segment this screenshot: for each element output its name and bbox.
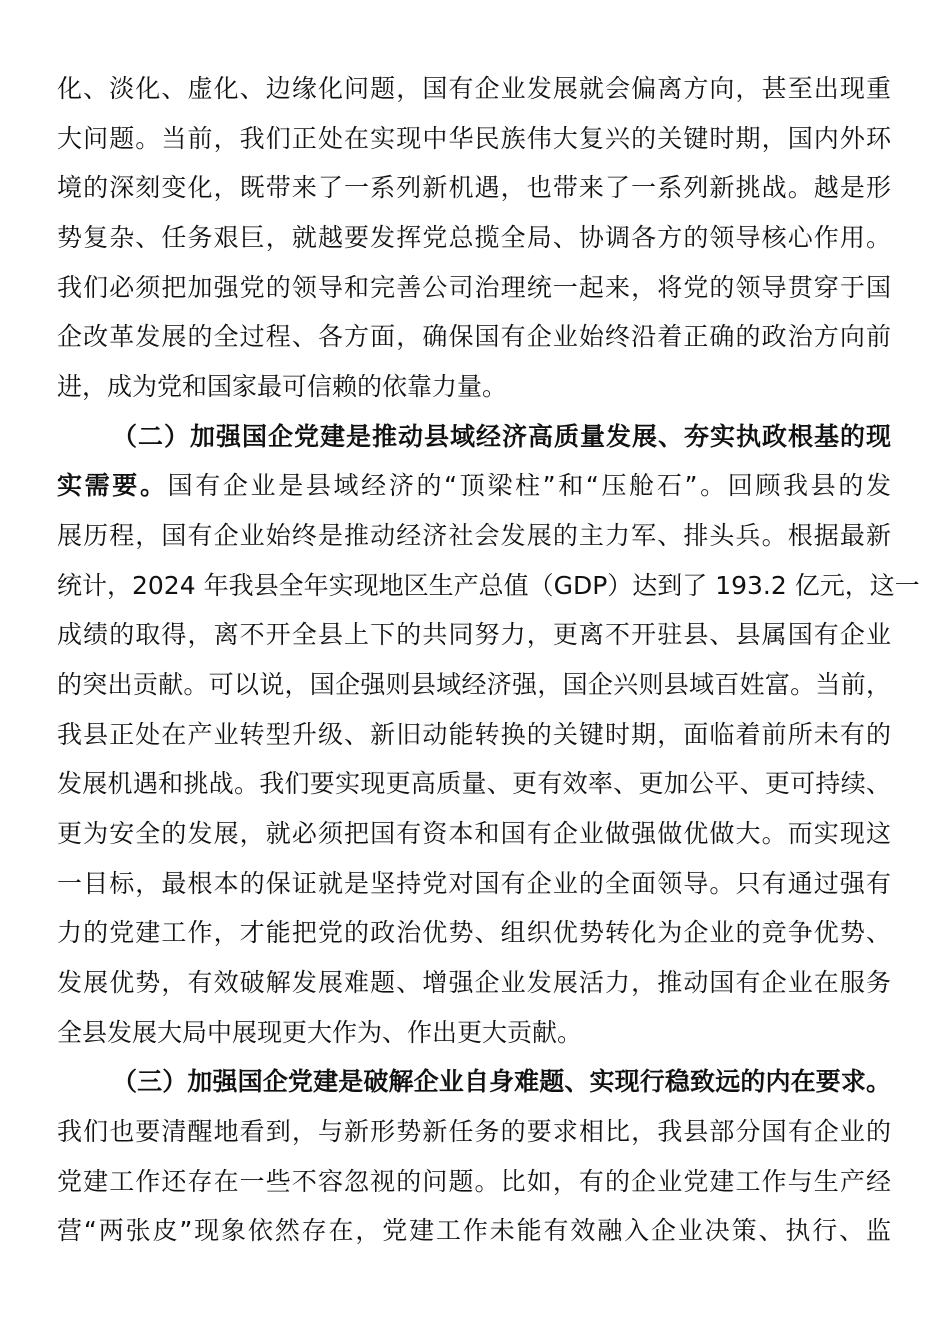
text-line: 的突出贡献。可以说，国企强则县域经济强，国企兴则县域百姓富。当前， bbox=[57, 665, 891, 705]
text-line: 我们必须把加强党的领导和完善公司治理统一起来，将党的领导贯穿于国 bbox=[57, 268, 891, 308]
text-line: 我们也要清醒地看到，与新形势新任务的要求相比，我县部分国有企业的 bbox=[57, 1112, 891, 1152]
text-line: 大问题。当前，我们正处在实现中华民族伟大复兴的关键时期，国内外环 bbox=[57, 119, 891, 159]
text-line: 统计，2024 年我县全年实现地区生产总值（GDP）达到了 193.2 亿元，这… bbox=[57, 566, 891, 606]
text-line: 力的党建工作，才能把党的政治优势、组织优势转化为企业的竞争优势、 bbox=[57, 913, 891, 953]
section-heading-3: （三）加强国企党建是破解企业自身难题、实现行稳致远的内在要求。 bbox=[112, 1062, 891, 1102]
text-line: 发展机遇和挑战。我们要实现更高质量、更有效率、更加公平、更可持续、 bbox=[57, 764, 891, 804]
text-line: 势复杂、任务艰巨，就越要发挥党总揽全局、协调各方的领导核心作用。 bbox=[57, 218, 891, 258]
text-line: 营“两张皮”现象依然存在，党建工作未能有效融入企业决策、执行、监 bbox=[57, 1211, 891, 1251]
text-line: 更为安全的发展，就必须把国有资本和国有企业做强做优做大。而实现这 bbox=[57, 814, 891, 854]
document-page: 化、淡化、虚化、边缘化问题，国有企业发展就会偏离方向，甚至出现重 大问题。当前，… bbox=[0, 0, 950, 1344]
text-line: 成绩的取得，离不开全县上下的共同努力，更离不开驻县、县属国有企业 bbox=[57, 615, 891, 655]
text-segment: 国有企业是县域经济的“顶梁柱”和“压舱石”。回顾我县的发 bbox=[168, 471, 891, 500]
text-line: 境的深刻变化，既带来了一系列新机遇，也带来了一系列新挑战。越是形 bbox=[57, 168, 891, 208]
section-heading-2: （二）加强国企党建是推动县域经济高质量发展、夯实执政根基的现 bbox=[112, 417, 891, 457]
text-line: 发展优势，有效破解发展难题、增强企业发展活力，推动国有企业在服务 bbox=[57, 963, 891, 1003]
text-line: 我县正处在产业转型升级、新旧动能转换的关键时期，面临着前所未有的 bbox=[57, 715, 891, 755]
text-line: 进，成为党和国家最可信赖的依靠力量。 bbox=[57, 367, 891, 407]
section-heading-2-tail: 实需要。 bbox=[57, 471, 168, 500]
text-line: 党建工作还存在一些不容忽视的问题。比如，有的企业党建工作与生产经 bbox=[57, 1162, 891, 1202]
text-line: 展历程，国有企业始终是推动经济社会发展的主力军、排头兵。根据最新 bbox=[57, 516, 891, 556]
text-line: 企改革发展的全过程、各方面，确保国有企业始终沿着正确的政治方向前 bbox=[57, 317, 891, 357]
text-line-mixed: 实需要。国有企业是县域经济的“顶梁柱”和“压舱石”。回顾我县的发 bbox=[57, 466, 891, 506]
text-line: 全县发展大局中展现更大作为、作出更大贡献。 bbox=[57, 1013, 891, 1053]
text-line: 化、淡化、虚化、边缘化问题，国有企业发展就会偏离方向，甚至出现重 bbox=[57, 69, 891, 109]
text-line: 一目标，最根本的保证就是坚持党对国有企业的全面领导。只有通过强有 bbox=[57, 864, 891, 904]
